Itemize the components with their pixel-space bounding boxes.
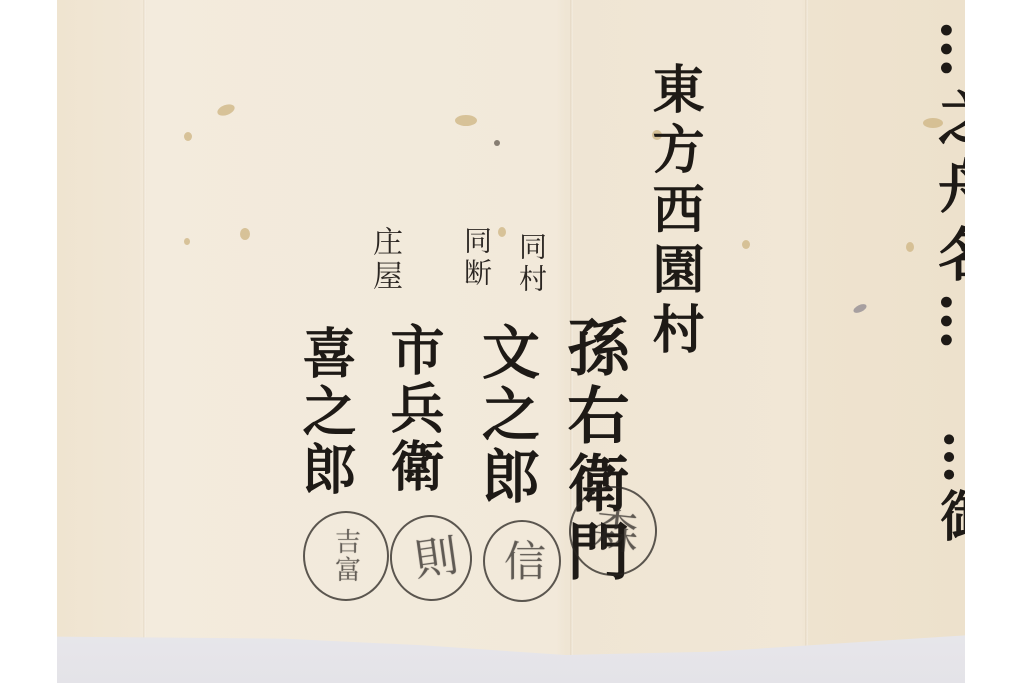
stain — [216, 102, 236, 118]
stain — [852, 302, 868, 314]
signer-4-name: 喜之郎 — [299, 325, 353, 499]
signer-3-name: 市兵衛 — [387, 322, 441, 496]
stain — [240, 228, 250, 240]
seal-glyph: 森 — [578, 504, 649, 559]
document-paper: …之舟名… …御 東方西園村 孫右衛門 同村 文之郎 同断 市兵衛 庄屋 喜之郎… — [57, 0, 965, 655]
seal-stamp-2: 則 — [384, 510, 477, 607]
stain — [455, 115, 477, 126]
stain — [498, 227, 506, 237]
seal-glyph: 則 — [396, 531, 466, 585]
text-column-right-edge: …之舟名… — [933, 20, 991, 360]
signer-3-title: 同断 — [462, 226, 490, 290]
stain — [184, 238, 190, 245]
fold-line — [143, 0, 146, 655]
seal-glyph: 信 — [492, 539, 552, 583]
seal-stamp-1: 吉富 — [303, 511, 389, 601]
fold-line — [805, 0, 808, 655]
text-column-village: 東方西園村 — [647, 62, 699, 362]
signer-2-name: 文之郎 — [477, 322, 535, 508]
stain — [906, 242, 914, 252]
stain — [494, 140, 500, 146]
seal-stamp-3: 信 — [483, 520, 561, 602]
text-column-right-edge-lower: …御 — [937, 430, 991, 546]
stain — [184, 132, 192, 141]
signer-4-title: 庄屋 — [369, 226, 399, 294]
seal-glyph: 吉富 — [328, 528, 365, 584]
stain — [742, 240, 750, 249]
signer-2-title: 同村 — [517, 232, 545, 296]
